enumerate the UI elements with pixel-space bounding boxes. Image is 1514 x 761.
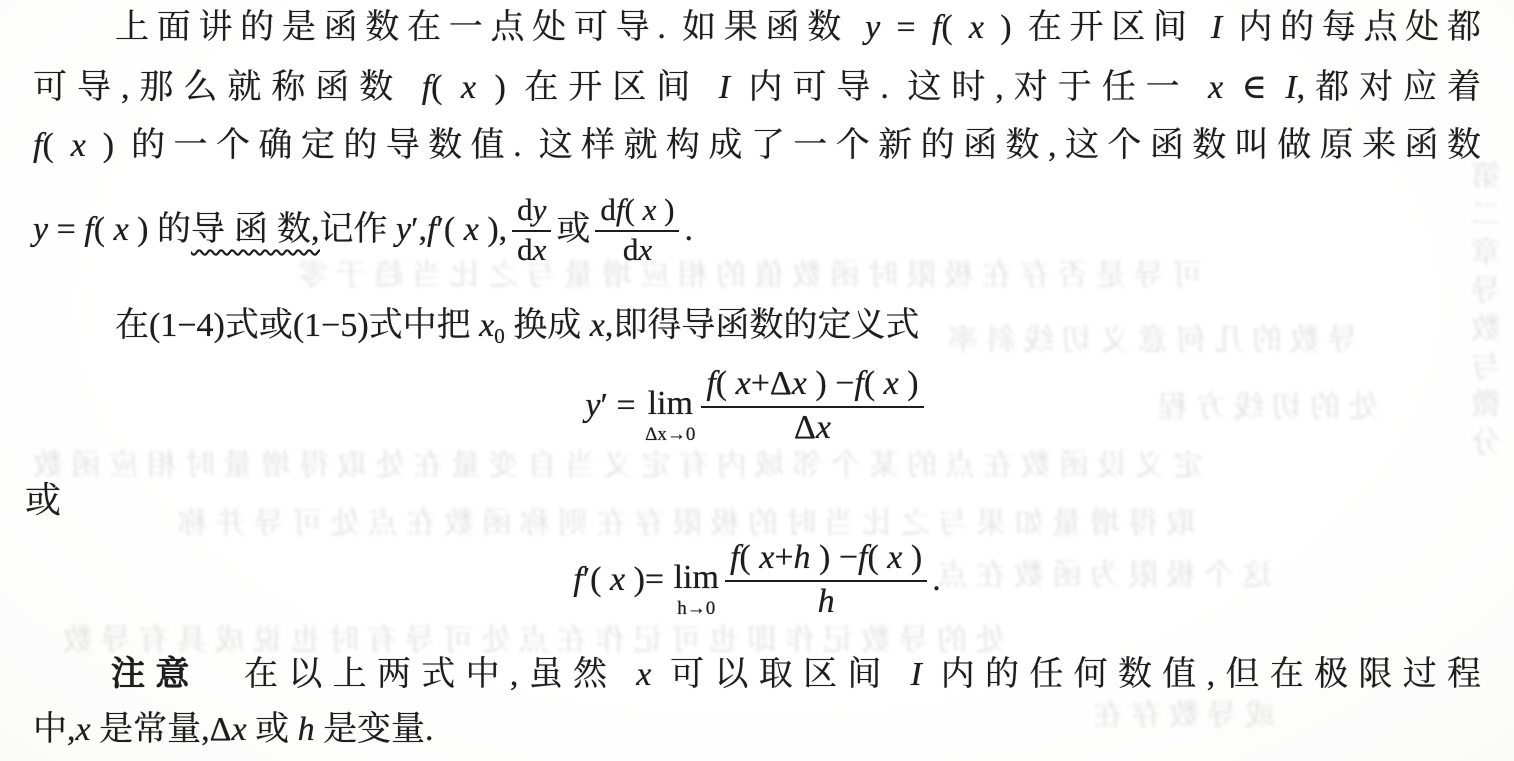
paragraph1-line3: f( x ) 的一个确定的导数值. 这样就构成了一个新的函数,这个函数叫做原来函… bbox=[33, 122, 1481, 170]
display-formula-f-prime-limit: f′( x )= limh→0f( x+h ) −f( x )h. bbox=[33, 534, 1481, 626]
paragraph1-line4-with-inline-fractions: y = f( x ) 的导函数,记作 y′,f′( x ),dydx或df( x… bbox=[33, 184, 1481, 276]
paragraph2-line1: 在(1−4)式或(1−5)式中把 x0 换成 x,即得导函数的定义式 bbox=[33, 302, 1514, 360]
connector-or: 或 bbox=[25, 472, 61, 523]
note-paragraph-line2: 中,x 是常量,Δx 或 h 是变量. bbox=[33, 706, 1481, 754]
display-formula-y-prime-limit: y′ = limΔx→0f( x+Δx ) −f( x )Δx bbox=[33, 360, 1481, 452]
scanned-textbook-page: 可导是否存在极限时函数值的相应增量与之比当趋于零 导数的几何意义切线斜率 处的切… bbox=[0, 0, 1514, 761]
note-paragraph-line1: 注意 在以上两式中,虽然 x 可以取区间 I 内的任何数值,但在极限过程 bbox=[33, 650, 1481, 699]
paragraph1-line1: 上面讲的是函数在一点处可导. 如果函数 y = f( x ) 在开区间 I 内的… bbox=[33, 4, 1481, 52]
paragraph1-line2: 可导,那么就称函数 f( x ) 在开区间 I 内可导. 这时,对于任一 x ∈… bbox=[33, 64, 1481, 112]
